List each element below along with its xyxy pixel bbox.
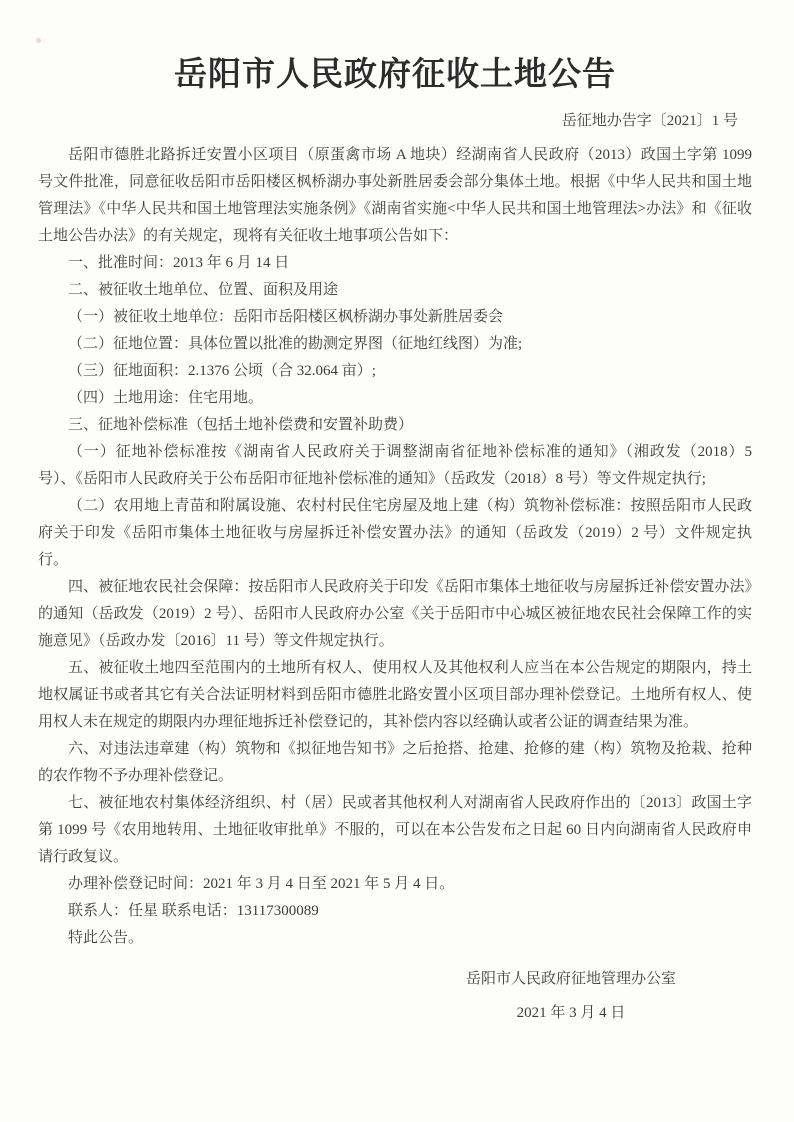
body-paragraph: 联系人：任星 联系电话：13117300089 [38,898,752,925]
body-paragraph: 三、征地补偿标准（包括土地补偿费和安置补助费） [38,412,752,439]
body-paragraph: 二、被征收土地单位、位置、面积及用途 [38,277,752,304]
body-paragraph: 七、被征地农村集体经济组织、村（居）民或者其他权利人对湖南省人民政府作出的〔20… [38,790,752,871]
notice-page: 岳阳市人民政府征收土地公告 岳征地办告字〔2021〕1 号 岳阳市德胜北路拆迁安… [0,0,794,1122]
body-paragraph: （二）农用地上青苗和附属设施、农村村民住宅房屋及地上建（构）筑物补偿标准：按照岳… [38,493,752,574]
body-paragraph: 办理补偿登记时间：2021 年 3 月 4 日至 2021 年 5 月 4 日。 [38,871,752,898]
body-paragraph: （二）征地位置：具体位置以批准的勘测定界图（征地红线图）为准; [38,331,752,358]
signature-block: 岳阳市人民政府征地管理办公室 2021 年 3 月 4 日 [466,966,676,1027]
body-paragraph: 六、对违法违章建（构）筑物和《拟征地告知书》之后抢搭、抢建、抢修的建（构）筑物及… [38,736,752,790]
document-title: 岳阳市人民政府征收土地公告 [38,54,752,96]
document-number: 岳征地办告字〔2021〕1 号 [38,111,752,131]
signature-organization: 岳阳市人民政府征地管理办公室 [466,966,676,993]
body-paragraph: 五、被征收土地四至范围内的土地所有权人、使用权人及其他权利人应当在本公告规定的期… [38,655,752,736]
body-paragraph: 一、批准时间：2013 年 6 月 14 日 [38,250,752,277]
signature-date: 2021 年 3 月 4 日 [466,1000,676,1027]
body-paragraph: （三）征地面积：2.1376 公顷（合 32.064 亩）; [38,358,752,385]
body-paragraph: 四、被征地农民社会保障：按岳阳市人民政府关于印发《岳阳市集体土地征收与房屋拆迁补… [38,574,752,655]
scan-speck-artifact [36,38,41,43]
body-paragraph: 岳阳市德胜北路拆迁安置小区项目（原蛋禽市场 A 地块）经湖南省人民政府（2013… [38,142,752,250]
body-paragraph: 特此公告。 [38,925,752,952]
document-body: 岳阳市德胜北路拆迁安置小区项目（原蛋禽市场 A 地块）经湖南省人民政府（2013… [38,142,752,952]
body-paragraph: （一）被征收土地单位：岳阳市岳阳楼区枫桥湖办事处新胜居委会 [38,304,752,331]
body-paragraph: （一）征地补偿标准按《湖南省人民政府关于调整湖南省征地补偿标准的通知》（湘政发（… [38,439,752,493]
body-paragraph: （四）土地用途：住宅用地。 [38,385,752,412]
